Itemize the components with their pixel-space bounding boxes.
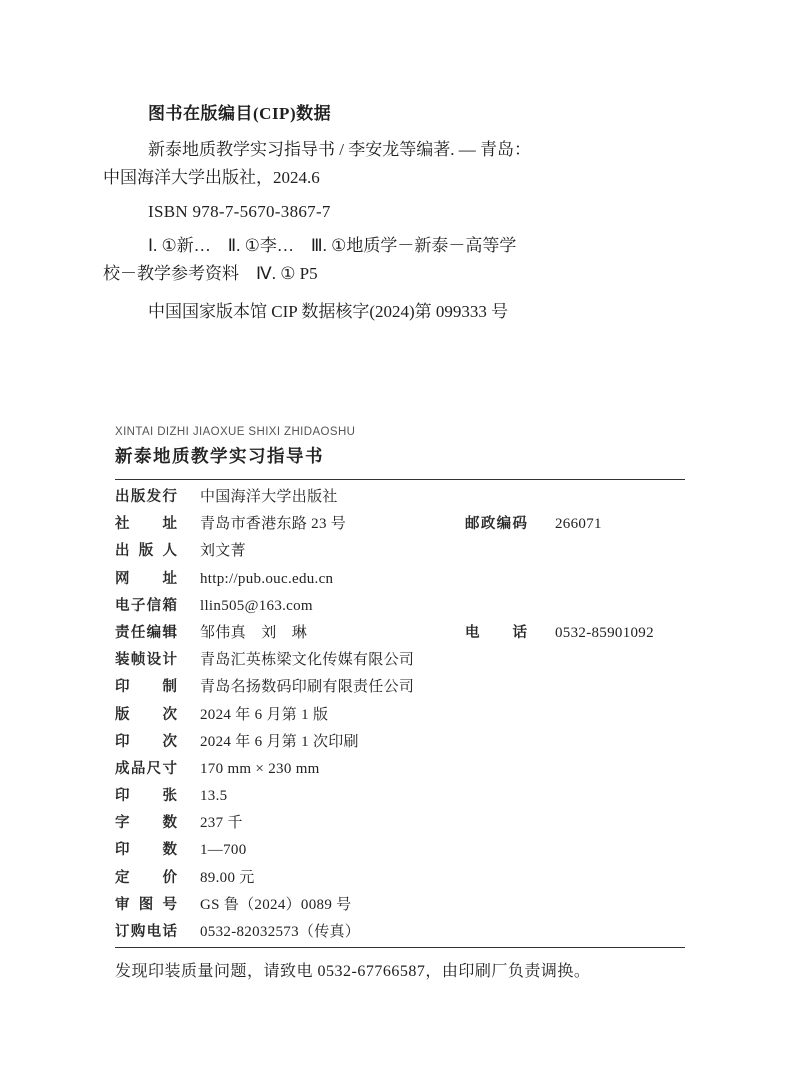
row-value: 青岛市香港东路 23 号 <box>200 511 346 538</box>
cip-class-line2: 校－教学参考资料 Ⅳ. ① P5 <box>103 260 689 288</box>
divider-top <box>115 479 685 480</box>
row-label: 版次 <box>115 702 177 729</box>
cip-classification: Ⅰ. ①新… Ⅱ. ①李… Ⅲ. ①地质学－新泰－高等学 校－教学参考资料 Ⅳ.… <box>103 232 689 288</box>
colophon-header: XINTAI DIZHI JIAOXUE SHIXI ZHIDAOSHU 新泰地… <box>115 426 684 468</box>
table-row: 出版发行中国海洋大学出版社 <box>115 484 685 511</box>
row-value: 青岛汇英栋梁文化传媒有限公司 <box>200 647 414 674</box>
row-label: 字数 <box>115 810 177 837</box>
row-label: 邮政编码 <box>465 511 527 538</box>
copyright-page: 图书在版编目(CIP)数据 新泰地质教学实习指导书 / 李安龙等编著. — 青岛… <box>0 0 799 1073</box>
book-title-pinyin: XINTAI DIZHI JIAOXUE SHIXI ZHIDAOSHU <box>115 426 684 438</box>
row-value: 89.00 元 <box>200 865 255 892</box>
table-row: 成品尺寸170 mm × 230 mm <box>115 756 685 783</box>
table-row: 版次2024 年 6 月第 1 版 <box>115 702 685 729</box>
row-label: 印数 <box>115 837 177 864</box>
table-row: 字数237 千 <box>115 810 685 837</box>
table-row: 社址青岛市香港东路 23 号 邮政编码266071 <box>115 511 685 538</box>
cip-record: 新泰地质教学实习指导书 / 李安龙等编著. — 青岛： 中国海洋大学出版社，20… <box>103 136 689 192</box>
table-row: 装帧设计青岛汇英栋梁文化传媒有限公司 <box>115 647 685 674</box>
table-row: 电子信箱llin505@163.com <box>115 593 685 620</box>
row-label: 电话 <box>465 620 527 647</box>
cip-record-line2: 中国海洋大学出版社，2024.6 <box>103 164 689 192</box>
table-row: 责任编辑邹伟真 刘 琳 电话0532-85901092 <box>115 620 685 647</box>
row-label: 印次 <box>115 729 177 756</box>
row-label: 社址 <box>115 511 177 538</box>
row-label: 订购电话 <box>115 919 177 946</box>
row-label: 印张 <box>115 783 177 810</box>
row-value: 237 千 <box>200 810 243 837</box>
row-label: 成品尺寸 <box>115 756 177 783</box>
row-value: 2024 年 6 月第 1 版 <box>200 702 328 729</box>
row-label: 出版发行 <box>115 484 177 511</box>
table-row: 定价89.00 元 <box>115 865 685 892</box>
row-value: http://pub.ouc.edu.cn <box>200 566 333 593</box>
row-value: 刘文菁 <box>200 538 246 565</box>
row-value: 266071 <box>555 511 602 538</box>
row-value: GS 鲁（2024）0089 号 <box>200 892 351 919</box>
row-value: 13.5 <box>200 783 227 810</box>
book-title: 新泰地质教学实习指导书 <box>115 443 684 468</box>
table-row: 印张13.5 <box>115 783 685 810</box>
row-label: 定价 <box>115 865 177 892</box>
cip-class-line1: Ⅰ. ①新… Ⅱ. ①李… Ⅲ. ①地质学－新泰－高等学 <box>103 232 689 260</box>
table-row: 印次2024 年 6 月第 1 次印刷 <box>115 729 685 756</box>
table-row: 出版人刘文菁 <box>115 538 685 565</box>
row-value: 邹伟真 刘 琳 <box>200 620 307 647</box>
cip-record-line1: 新泰地质教学实习指导书 / 李安龙等编著. — 青岛： <box>103 136 689 164</box>
quality-complaint-note: 发现印装质量问题，请致电 0532-67766587，由印刷厂负责调换。 <box>115 958 689 981</box>
cip-isbn: ISBN 978-7-5670-3867-7 <box>103 198 689 226</box>
table-row: 印数1—700 <box>115 837 685 864</box>
row-right-group: 电话0532-85901092 <box>465 620 654 647</box>
row-label: 装帧设计 <box>115 647 177 674</box>
row-label: 印制 <box>115 674 177 701</box>
row-value: 1—700 <box>200 837 247 864</box>
row-value: 中国海洋大学出版社 <box>200 484 338 511</box>
publication-info-table: 出版发行中国海洋大学出版社 社址青岛市香港东路 23 号 邮政编码266071 … <box>115 484 685 946</box>
row-value: 青岛名扬数码印刷有限责任公司 <box>200 674 414 701</box>
row-label: 网址 <box>115 566 177 593</box>
row-value: 0532-85901092 <box>555 620 654 647</box>
table-row: 审图号GS 鲁（2024）0089 号 <box>115 892 685 919</box>
row-value: 170 mm × 230 mm <box>200 756 320 783</box>
table-row: 印制青岛名扬数码印刷有限责任公司 <box>115 674 685 701</box>
table-row: 网址http://pub.ouc.edu.cn <box>115 566 685 593</box>
row-label: 责任编辑 <box>115 620 177 647</box>
table-row: 订购电话0532-82032573（传真） <box>115 919 685 946</box>
row-right-group: 邮政编码266071 <box>465 511 602 538</box>
row-label: 审图号 <box>115 892 177 919</box>
cip-heading: 图书在版编目(CIP)数据 <box>103 100 689 128</box>
cip-block: 图书在版编目(CIP)数据 新泰地质教学实习指导书 / 李安龙等编著. — 青岛… <box>103 100 689 326</box>
row-label: 出版人 <box>115 538 177 565</box>
row-value: 0532-82032573（传真） <box>200 919 360 946</box>
row-value: 2024 年 6 月第 1 次印刷 <box>200 729 359 756</box>
row-value: llin505@163.com <box>200 593 313 620</box>
row-label: 电子信箱 <box>115 593 177 620</box>
divider-bottom <box>115 947 685 948</box>
cip-registry-number: 中国国家版本馆 CIP 数据核字(2024)第 099333 号 <box>103 298 689 326</box>
